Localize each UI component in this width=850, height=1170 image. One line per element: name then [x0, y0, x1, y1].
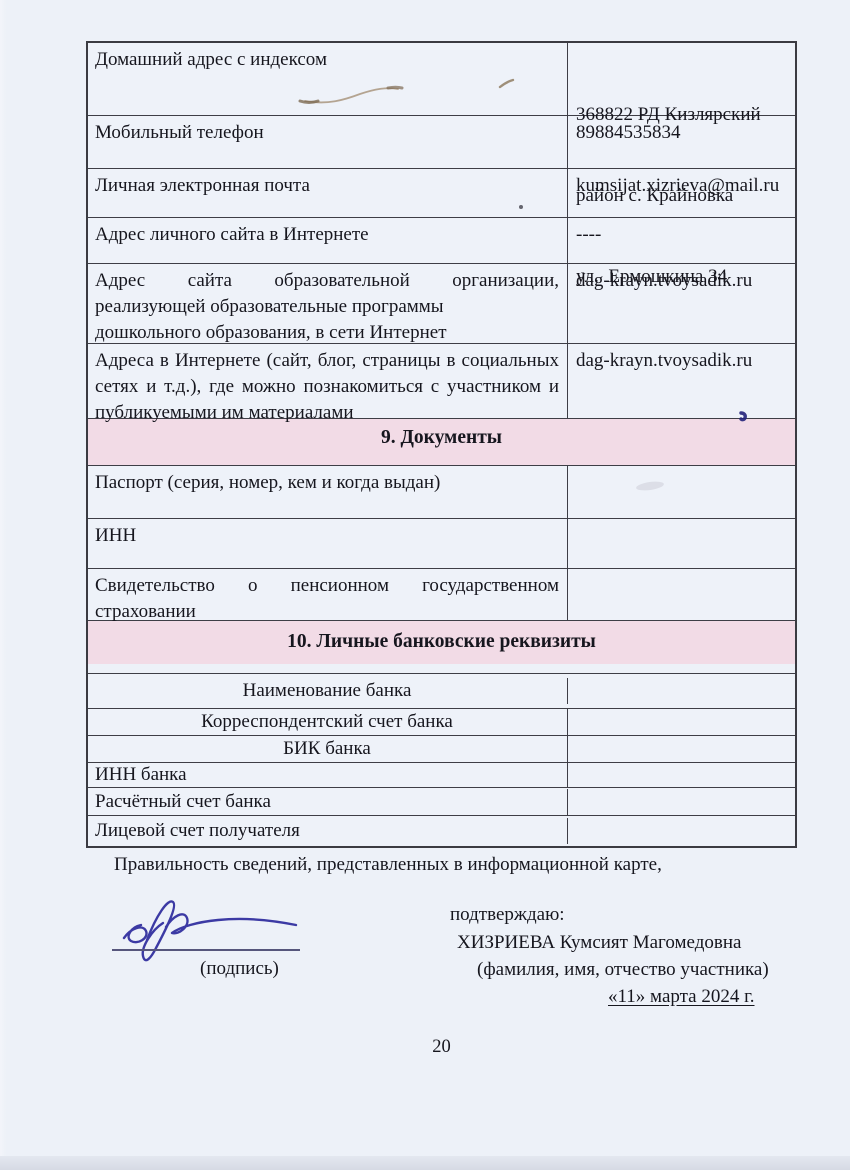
table-row-email: Личная электронная почта kumsijat.xizrie… [88, 168, 795, 217]
field-label-organization-site: Адрес сайта образовательной организации,… [88, 264, 568, 343]
field-value-bank-name [568, 689, 795, 693]
field-label-email: Личная электронная почта [88, 169, 568, 217]
label-line: Свидетельство о пенсионном государственн… [95, 573, 559, 599]
field-label-bik: БИК банка [88, 736, 568, 762]
info-card-table: Домашний адрес с индексом 368822 РД Кизл… [86, 41, 797, 848]
signature-underline [112, 949, 300, 951]
table-row-bik: БИК банка [88, 735, 795, 762]
field-value-bik [568, 747, 795, 751]
field-value-personal-account [568, 829, 795, 833]
confirmation-word: подтверждаю: [450, 902, 565, 928]
field-label-pension-certificate: Свидетельство о пенсионном государственн… [88, 569, 568, 620]
table-row-bank-name: Наименование банка [88, 673, 795, 708]
table-row-personal-account: Лицевой счет получателя [88, 815, 795, 846]
label-line: публикуемыми им материалами [95, 400, 559, 426]
field-value-personal-site: ---- [568, 218, 795, 263]
field-label-personal-site: Адрес личного сайта в Интернете [88, 218, 568, 263]
page-number: 20 [86, 1034, 797, 1060]
field-value-home-address: 368822 РД Кизлярский район с. Крайновка … [568, 43, 795, 115]
field-value-settlement-account [568, 800, 795, 804]
field-value-mobile-phone: 89884535834 [568, 116, 795, 168]
field-value-pension-certificate [568, 569, 795, 620]
participant-name-caption: (фамилия, имя, отчество участника) [477, 957, 769, 983]
label-line: сетях и т.д.), где можно познакомиться с… [95, 374, 559, 400]
table-row-inn: ИНН [88, 518, 795, 568]
correctness-statement: Правильность сведений, представленных в … [114, 852, 662, 878]
field-label-passport: Паспорт (серия, номер, кем и когда выдан… [88, 466, 568, 518]
table-row-internet-addresses: Адреса в Интернете (сайт, блог, страницы… [88, 343, 795, 418]
field-label-home-address: Домашний адрес с индексом [88, 43, 568, 115]
scan-edge-left [0, 0, 6, 1170]
table-row-corr-account: Корреспондентский счет банка [88, 708, 795, 735]
field-label-internet-addresses: Адреса в Интернете (сайт, блог, страницы… [88, 344, 568, 418]
table-row-pension-certificate: Свидетельство о пенсионном государственн… [88, 568, 795, 620]
field-value-organization-site: dag-krayn.tvoysadik.ru [568, 264, 795, 343]
label-line: Адрес сайта образовательной организации, [95, 268, 559, 294]
field-label-settlement-account: Расчётный счет банка [88, 789, 568, 815]
table-row-settlement-account: Расчётный счет банка [88, 787, 795, 815]
section-header-bank-details: 10. Личные банковские реквизиты [88, 620, 795, 673]
scan-edge-bottom [0, 1156, 850, 1170]
table-row-personal-site: Адрес личного сайта в Интернете ---- [88, 217, 795, 263]
field-label-bank-inn: ИНН банка [88, 762, 568, 788]
label-line: Адреса в Интернете (сайт, блог, страницы… [95, 348, 559, 374]
table-row-passport: Паспорт (серия, номер, кем и когда выдан… [88, 465, 795, 518]
scanned-document-page: Домашний адрес с индексом 368822 РД Кизл… [0, 0, 850, 1170]
field-label-mobile-phone: Мобильный телефон [88, 116, 568, 168]
signature-date: «11» марта 2024 г. [608, 984, 755, 1010]
table-row-bank-inn: ИНН банка [88, 762, 795, 787]
table-row-mobile-phone: Мобильный телефон 89884535834 [88, 115, 795, 168]
field-value-internet-addresses: dag-krayn.tvoysadik.ru [568, 344, 795, 418]
section-title: 10. Личные банковские реквизиты [88, 621, 795, 655]
label-line: страховании [95, 599, 559, 625]
field-value-inn [568, 519, 795, 568]
label-line: дошкольного образования, в сети Интернет [95, 320, 559, 346]
field-label-bank-name: Наименование банка [88, 678, 568, 704]
field-label-inn: ИНН [88, 519, 568, 568]
field-value-email: kumsijat.xizrieva@mail.ru [568, 169, 795, 217]
field-value-corr-account [568, 720, 795, 724]
table-row-home-address: Домашний адрес с индексом 368822 РД Кизл… [88, 43, 795, 115]
table-row-organization-site: Адрес сайта образовательной организации,… [88, 263, 795, 343]
field-label-corr-account: Корреспондентский счет банка [88, 709, 568, 735]
label-line: реализующей образовательные программы [95, 294, 559, 320]
field-value-passport [568, 466, 795, 518]
participant-name: ХИЗРИЕВА Кумсият Магомедовна [457, 930, 741, 956]
field-value-bank-inn [568, 773, 795, 777]
field-label-personal-account: Лицевой счет получателя [88, 818, 568, 844]
signature-caption: (подпись) [200, 956, 279, 982]
